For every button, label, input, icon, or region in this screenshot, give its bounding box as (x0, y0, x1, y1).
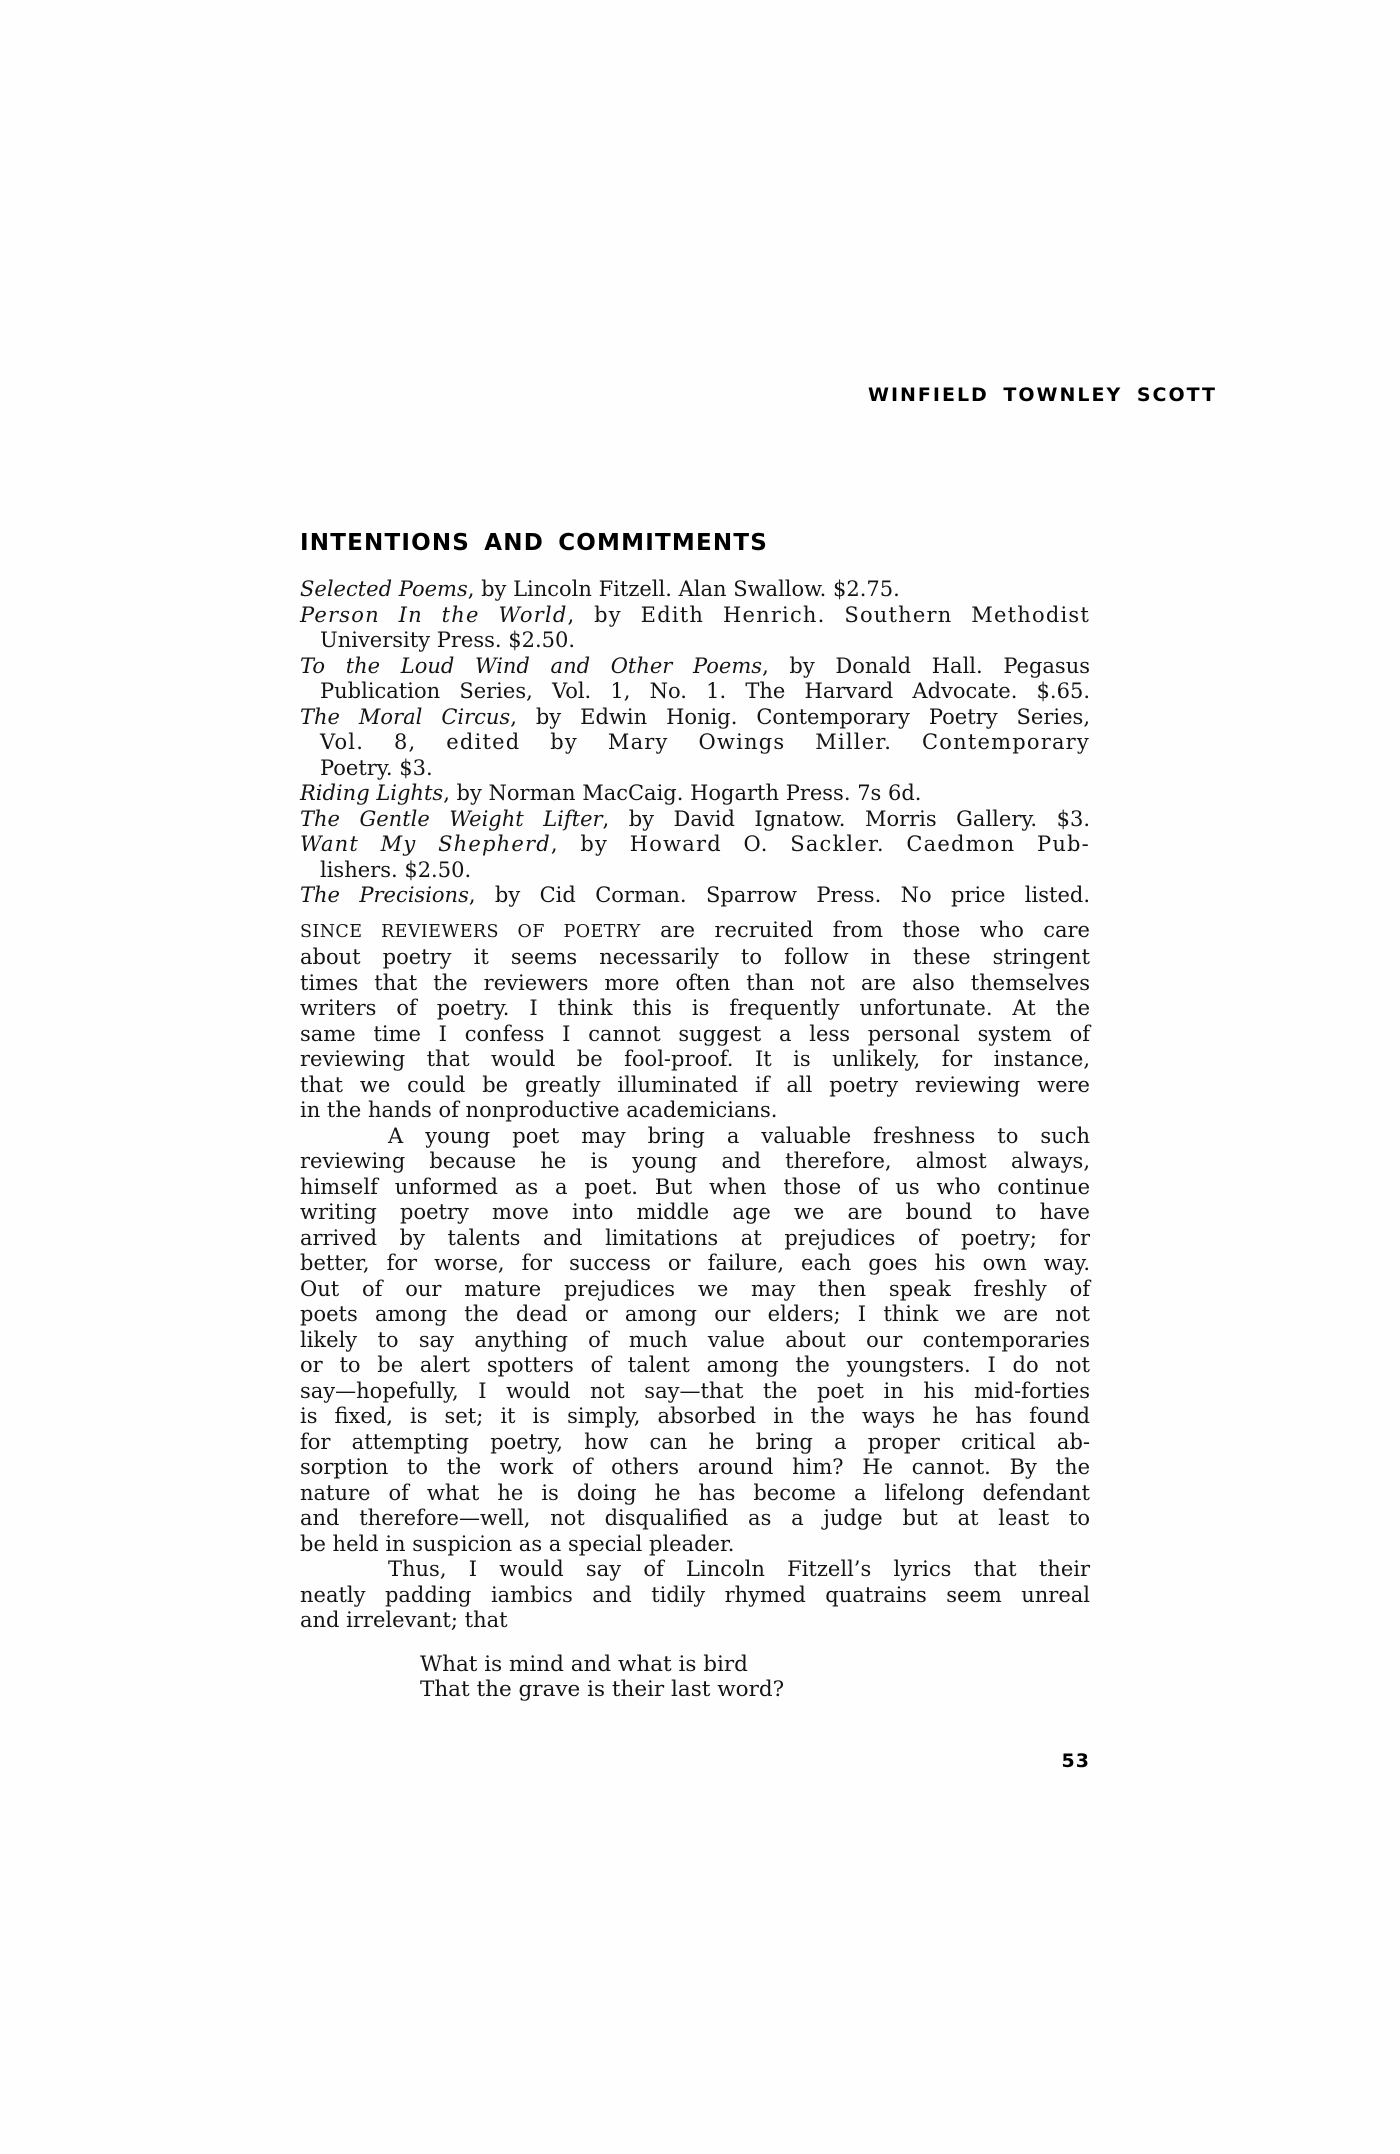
body-text-line: poets among the dead or among our elders… (300, 1302, 1090, 1328)
body-text-line: arrived by talents and limitations at pr… (300, 1226, 1090, 1252)
book-list-line-text: Poetry. $3. (320, 756, 433, 780)
book-list-line: Riding Lights, by Norman MacCaig. Hogart… (300, 781, 1090, 807)
body-text-line: for attempting poetry, how can he bring … (300, 1430, 1090, 1456)
book-list-line-text: Vol. 8, edited by Mary Owings Miller. Co… (320, 730, 1090, 754)
review-body: SINCE REVIEWERS OF POETRY are recruited … (300, 918, 1090, 1634)
body-text-line: in the hands of nonproductive academicia… (300, 1098, 1090, 1124)
book-title-italic: Person In the World (300, 603, 567, 627)
book-list-line: Want My Shepherd, by Howard O. Sackler. … (300, 832, 1090, 858)
body-text-line: reviewing that would be fool-proof. It i… (300, 1047, 1090, 1073)
body-text-line: and irrelevant; that (300, 1608, 1090, 1634)
body-text-line: likely to say anything of much value abo… (300, 1328, 1090, 1354)
book-list-line: To the Loud Wind and Other Poems, by Don… (300, 654, 1090, 680)
small-caps-opener: SINCE REVIEWERS OF POETRY (300, 922, 641, 942)
book-list-line-text: , by Norman MacCaig. Hogarth Press. 7s 6… (443, 781, 921, 805)
book-title-italic: To the Loud Wind and Other Poems (300, 654, 762, 678)
body-text-line: reviewing because he is young and theref… (300, 1149, 1090, 1175)
running-header-author: WINFIELD TOWNLEY SCOTT (868, 384, 1217, 406)
book-list-line: Selected Poems, by Lincoln Fitzell. Alan… (300, 577, 1090, 603)
body-text-line: nature of what he is doing he has become… (300, 1481, 1090, 1507)
book-title-italic: The Gentle Weight Lifter (300, 807, 603, 831)
book-list-line-text: University Press. $2.50. (320, 628, 575, 652)
body-text-line: or to be alert spotters of talent among … (300, 1353, 1090, 1379)
book-title-italic: Selected Poems (300, 577, 468, 601)
body-text-line: writers of poetry. I think this is frequ… (300, 996, 1090, 1022)
book-list-line-text: Publication Series, Vol. 1, No. 1. The H… (320, 679, 1090, 703)
book-title-italic: The Moral Circus (300, 705, 510, 729)
text-column: INTENTIONS AND COMMITMENTS Selected Poem… (300, 530, 1090, 1703)
book-title-italic: Riding Lights (300, 781, 443, 805)
body-text-line: times that the reviewers more often than… (300, 971, 1090, 997)
body-text-line: sorption to the work of others around hi… (300, 1455, 1090, 1481)
body-text-line: neatly padding iambics and tidily rhymed… (300, 1583, 1090, 1609)
book-list-line: The Precisions, by Cid Corman. Sparrow P… (300, 883, 1090, 909)
body-text-line: SINCE REVIEWERS OF POETRY are recruited … (300, 918, 1090, 946)
verse-line: What is mind and what is bird (420, 1652, 1090, 1678)
book-list-line: University Press. $2.50. (300, 628, 1090, 654)
book-list-line: Poetry. $3. (300, 756, 1090, 782)
reviewed-books-list: Selected Poems, by Lincoln Fitzell. Alan… (300, 577, 1090, 909)
body-text-line: better, for worse, for success or failur… (300, 1251, 1090, 1277)
body-text-line: and therefore—well, not disqualified as … (300, 1506, 1090, 1532)
body-text-line: Thus, I would say of Lincoln Fitzell’s l… (300, 1557, 1090, 1583)
body-text-line: same time I confess I cannot suggest a l… (300, 1022, 1090, 1048)
body-text-line: about poetry it seems necessarily to fol… (300, 945, 1090, 971)
book-title-italic: Want My Shepherd (300, 832, 551, 856)
body-text-line: is fixed, is set; it is simply, absorbed… (300, 1404, 1090, 1430)
book-list-line-text: , by Howard O. Sackler. Caedmon Pub- (551, 832, 1090, 856)
book-list-line: The Moral Circus, by Edwin Honig. Contem… (300, 705, 1090, 731)
book-list-line-text: , by Edith Henrich. Southern Methodist (567, 603, 1090, 627)
body-text: are recruited from those who care (641, 918, 1090, 942)
scanned-page: WINFIELD TOWNLEY SCOTT INTENTIONS AND CO… (0, 0, 1400, 2154)
book-list-line: The Gentle Weight Lifter, by David Ignat… (300, 807, 1090, 833)
book-list-line: lishers. $2.50. (300, 858, 1090, 884)
book-list-line-text: lishers. $2.50. (320, 858, 471, 882)
body-text-line: be held in suspicion as a special pleade… (300, 1532, 1090, 1558)
book-list-line-text: , by Lincoln Fitzell. Alan Swallow. $2.7… (468, 577, 900, 601)
book-title-italic: The Precisions (300, 883, 469, 907)
book-list-line-text: , by David Ignatow. Morris Gallery. $3. (603, 807, 1090, 831)
body-text-line: A young poet may bring a valuable freshn… (300, 1124, 1090, 1150)
body-text-line: writing poetry move into middle age we a… (300, 1200, 1090, 1226)
book-list-line-text: , by Cid Corman. Sparrow Press. No price… (469, 883, 1090, 907)
book-list-line-text: , by Donald Hall. Pegasus (762, 654, 1090, 678)
body-text-line: Out of our mature prejudices we may then… (300, 1277, 1090, 1303)
verse-line: That the grave is their last word? (420, 1677, 1090, 1703)
body-text-line: himself unformed as a poet. But when tho… (300, 1175, 1090, 1201)
book-list-line: Vol. 8, edited by Mary Owings Miller. Co… (300, 730, 1090, 756)
verse-quote: What is mind and what is bird That the g… (300, 1652, 1090, 1703)
book-list-line: Person In the World, by Edith Henrich. S… (300, 603, 1090, 629)
body-text-line: say—hopefully, I would not say—that the … (300, 1379, 1090, 1405)
book-list-line-text: , by Edwin Honig. Contemporary Poetry Se… (510, 705, 1090, 729)
article-title: INTENTIONS AND COMMITMENTS (300, 530, 1090, 556)
body-text-line: that we could be greatly illuminated if … (300, 1073, 1090, 1099)
page-number: 53 (300, 1750, 1090, 1772)
book-list-line: Publication Series, Vol. 1, No. 1. The H… (300, 679, 1090, 705)
